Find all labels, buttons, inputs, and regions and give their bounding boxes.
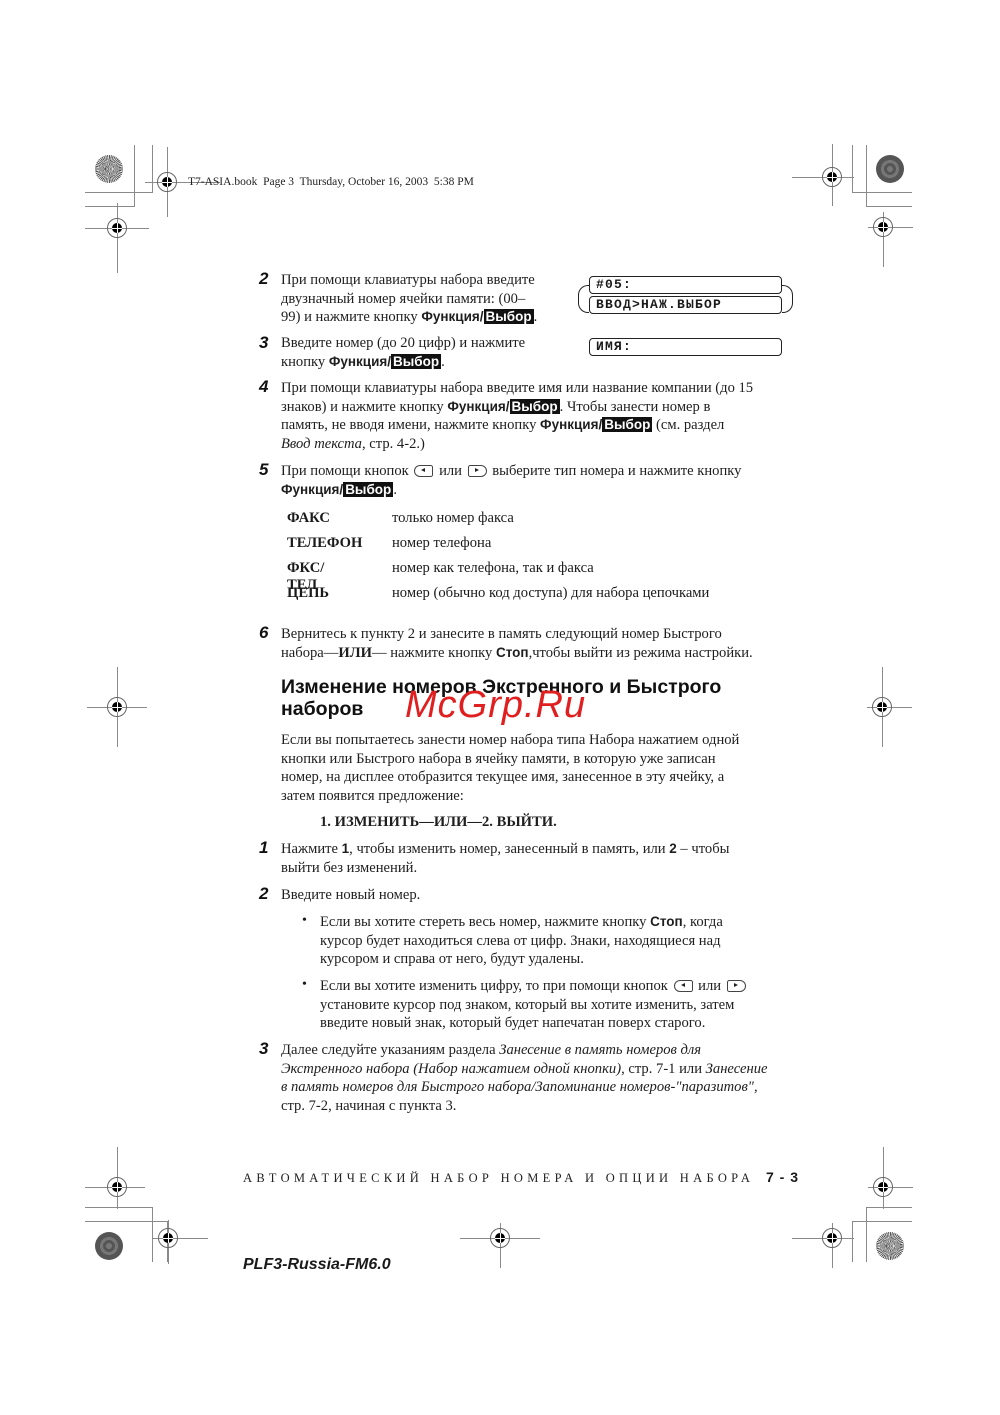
- bullet-text: Если вы хотите стереть весь номер, нажми…: [320, 913, 723, 969]
- crop-mark: [866, 206, 912, 207]
- step-text: Введите новый номер.: [281, 886, 420, 905]
- function-key-label: Функция: [447, 399, 505, 414]
- step-number: 5: [259, 460, 268, 480]
- cross-reference: в память номеров для Быстрого набора/Зап…: [281, 1079, 754, 1095]
- color-target-icon: [876, 155, 904, 183]
- crop-mark: [85, 206, 135, 207]
- step-text: При помощи клавиатуры набора введите имя…: [281, 379, 753, 453]
- lcd-line-2: ВВОД>НАЖ.ВЫБОР: [589, 296, 782, 314]
- crop-mark: [85, 1221, 167, 1222]
- color-target-icon: [876, 1232, 904, 1260]
- select-key-label: Выбор: [484, 309, 534, 324]
- step-number: 1: [259, 838, 268, 858]
- cross-reference: Ввод текста: [281, 436, 362, 452]
- step-text: Введите номер (до 20 цифр) и нажмите кно…: [281, 334, 525, 371]
- crop-mark: [152, 1207, 153, 1262]
- crop-mark: [134, 145, 135, 207]
- lcd-line-1: #05:: [589, 276, 782, 294]
- step-number: 2: [259, 269, 268, 289]
- display-prompt: 1. ИЗМЕНИТЬ—ИЛИ—2. ВЫЙТИ.: [320, 813, 557, 832]
- crop-mark: [866, 1207, 867, 1262]
- stop-key-label: Стоп: [650, 914, 683, 929]
- crop-mark: [866, 1207, 912, 1208]
- crop-mark: [852, 145, 853, 193]
- crop-mark: [152, 145, 153, 193]
- select-key-label: Выбор: [602, 417, 652, 432]
- function-key-label: Функция: [540, 417, 598, 432]
- crop-mark: [85, 1207, 153, 1208]
- color-target-icon: [95, 155, 123, 183]
- lcd-line-name: ИМЯ:: [589, 338, 782, 356]
- step-text: Вернитесь к пункту 2 и занесите в память…: [281, 625, 753, 662]
- color-target-icon: [95, 1232, 123, 1260]
- cross-reference: Экстренного набора (Набор нажатием одной…: [281, 1061, 621, 1077]
- select-key-label: Выбор: [510, 399, 560, 414]
- crop-mark: [85, 192, 153, 193]
- stop-key-label: Стоп: [496, 645, 529, 660]
- bullet-text: Если вы хотите изменить цифру, то при по…: [320, 977, 748, 1033]
- watermark: McGrp.Ru: [405, 684, 586, 727]
- crop-mark: [866, 145, 867, 207]
- function-key-label: Функция: [281, 482, 339, 497]
- left-arrow-key-icon: [414, 465, 433, 477]
- document-code: PLF3-Russia-FM6.0: [243, 1256, 391, 1274]
- step-number: 2: [259, 884, 268, 904]
- book-info-line: T7-ASIA.book Page 3 Thursday, October 16…: [188, 176, 474, 188]
- bullet-icon: •: [302, 977, 307, 993]
- step-number: 6: [259, 623, 268, 643]
- crop-mark: [852, 1221, 912, 1222]
- step-text: Далее следуйте указаниям раздела Занесен…: [281, 1041, 768, 1115]
- select-key-label: Выбор: [343, 482, 393, 497]
- step-number: 3: [259, 1039, 268, 1059]
- select-key-label: Выбор: [391, 354, 441, 369]
- step-number: 3: [259, 333, 268, 353]
- section-intro: Если вы попытаетесь занести номер набора…: [281, 731, 739, 805]
- lcd-scroll-bracket-left: [578, 285, 589, 313]
- right-arrow-key-icon: [727, 980, 746, 992]
- bullet-icon: •: [302, 913, 307, 929]
- step-text: При помощи кнопок или выберите тип номер…: [281, 462, 741, 499]
- crop-mark: [852, 192, 912, 193]
- crop-mark: [852, 1221, 853, 1262]
- number-type-table: ФАКСтолько номер факса ТЕЛЕФОНномер теле…: [287, 510, 787, 610]
- page-number: 7 - 3: [766, 1169, 799, 1185]
- cross-reference: Занесение в память номеров для: [499, 1042, 701, 1058]
- function-key-label: Функция: [421, 309, 479, 324]
- lcd-scroll-bracket-right: [782, 285, 793, 313]
- right-arrow-key-icon: [468, 465, 487, 477]
- chapter-title: АВТОМАТИЧЕСКИЙ НАБОР НОМЕРА И ОПЦИИ НАБО…: [243, 1171, 754, 1186]
- step-text: Нажмите 1, чтобы изменить номер, занесен…: [281, 840, 729, 877]
- step-text: При помощи клавиатуры набора введите дву…: [281, 271, 537, 327]
- cross-reference: Занесение: [706, 1061, 768, 1077]
- left-arrow-key-icon: [674, 980, 693, 992]
- function-key-label: Функция: [329, 354, 387, 369]
- step-number: 4: [259, 377, 268, 397]
